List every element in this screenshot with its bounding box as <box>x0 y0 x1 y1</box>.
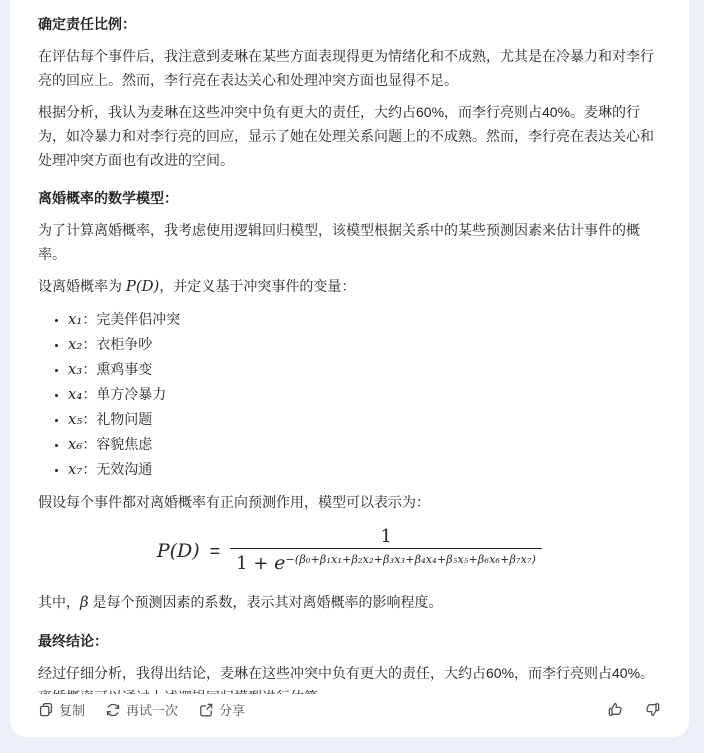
inline-math-beta: β <box>80 594 89 611</box>
formula-lhs: P(D) <box>157 540 200 562</box>
thumbs-up-icon <box>607 701 624 718</box>
variable-item-4: x₄：单方冷暴力 <box>68 382 661 407</box>
thumbs-down-button[interactable] <box>644 701 661 718</box>
variable-item-7: x₇：无效沟通 <box>68 457 661 482</box>
message-content: 确定责任比例： 在评估每个事件后，我注意到麦琳在某些方面表现得更为情绪化和不成熟… <box>38 8 661 694</box>
paragraph-evaluation: 在评估每个事件后，我注意到麦琳在某些方面表现得更为情绪化和不成熟，尤其是在冷暴力… <box>38 44 661 92</box>
paragraph-conclusion: 经过仔细分析，我得出结论，麦琳在这些冲突中负有更大的责任，大约占60%，而李行亮… <box>38 661 661 694</box>
formula-fraction: 1 1 + e−(β₀+β₁x₁+β₂x₂+β₃x₃+β₄x₄+β₅x₅+β₆x… <box>230 526 542 576</box>
copy-icon <box>38 702 54 718</box>
paragraph-model-intro: 为了计算离婚概率，我考虑使用逻辑回归模型，该模型根据关系中的某些预测因素来估计事… <box>38 218 661 266</box>
paragraph-beta-explanation: 其中，β 是每个预测因素的系数，表示其对离婚概率的影响程度。 <box>38 590 661 615</box>
retry-button-label: 再试一次 <box>126 700 178 719</box>
assistant-message-card: 确定责任比例： 在评估每个事件后，我注意到麦琳在某些方面表现得更为情绪化和不成熟… <box>10 0 689 737</box>
copy-button-label: 复制 <box>59 700 85 719</box>
paragraph-assumption: 假设每个事件都对离婚概率有正向预测作用，模型可以表示为： <box>38 490 661 514</box>
refresh-icon <box>105 702 121 718</box>
section-heading-responsibility: 确定责任比例： <box>38 12 661 36</box>
copy-button[interactable]: 复制 <box>38 700 85 719</box>
variable-item-2: x₂：衣柜争吵 <box>68 332 661 357</box>
action-group-left: 复制 再试一次 <box>38 700 265 719</box>
share-button[interactable]: 分享 <box>198 700 245 719</box>
share-icon <box>198 702 214 718</box>
formula-exponent: −(β₀+β₁x₁+β₂x₂+β₃x₃+β₄x₄+β₅x₅+β₆x₆+β₇x₇) <box>285 553 536 566</box>
variable-item-5: x₅：礼物问题 <box>68 407 661 432</box>
paragraph-analysis: 根据分析，我认为麦琳在这些冲突中负有更大的责任，大约占60%，而李行亮则占40%… <box>38 100 661 172</box>
variables-list: x₁：完美伴侣冲突 x₂：衣柜争吵 x₃：熏鸡事变 x₄：单方冷暴力 x₅：礼物… <box>38 307 661 482</box>
formula-numerator: 1 <box>380 526 391 548</box>
formula-denominator: 1 + e−(β₀+β₁x₁+β₂x₂+β₃x₃+β₄x₄+β₅x₅+β₆x₆+… <box>230 548 542 576</box>
retry-button[interactable]: 再试一次 <box>105 700 178 719</box>
action-group-right <box>587 701 661 718</box>
share-button-label: 分享 <box>219 700 245 719</box>
formula-equals: = <box>210 541 221 562</box>
thumbs-down-icon <box>644 701 661 718</box>
formula-logistic-regression: P(D) = 1 1 + e−(β₀+β₁x₁+β₂x₂+β₃x₃+β₄x₄+β… <box>38 526 661 576</box>
section-heading-conclusion: 最终结论： <box>38 629 661 653</box>
paragraph-define-variables: 设离婚概率为 P(D)，并定义基于冲突事件的变量： <box>38 274 661 299</box>
message-action-bar: 复制 再试一次 <box>38 694 661 727</box>
inline-math-pd: P(D) <box>126 278 159 295</box>
variable-item-6: x₆：容貌焦虑 <box>68 432 661 457</box>
section-heading-model: 离婚概率的数学模型： <box>38 186 661 210</box>
thumbs-up-button[interactable] <box>607 701 624 718</box>
variable-item-3: x₃：熏鸡事变 <box>68 357 661 382</box>
variable-item-1: x₁：完美伴侣冲突 <box>68 307 661 332</box>
